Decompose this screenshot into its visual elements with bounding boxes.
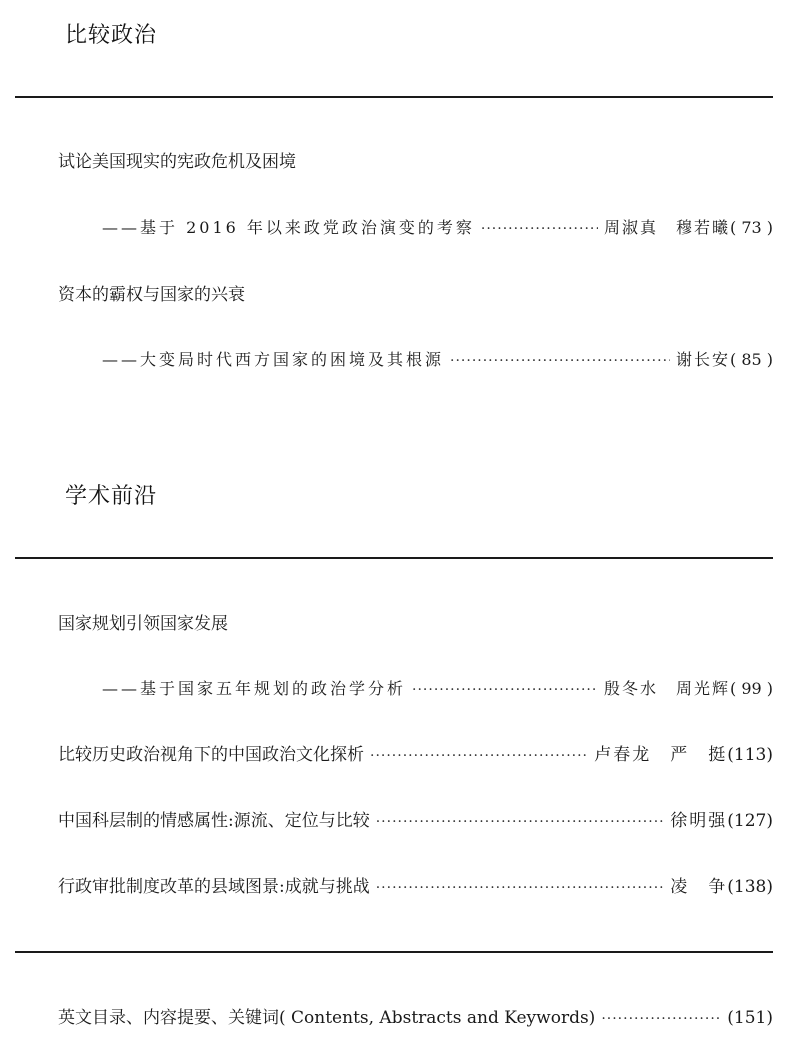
entry-authors: 殷冬水 周光辉 bbox=[604, 677, 730, 701]
entry-page: (151) bbox=[727, 1006, 773, 1030]
entry-authors: 徐明强 bbox=[670, 809, 727, 833]
dot-leader bbox=[450, 349, 670, 373]
entry-title: 试论美国现实的宪政危机及困境 bbox=[58, 150, 296, 174]
dot-leader bbox=[481, 217, 598, 241]
entry-title: 比较历史政治视角下的中国政治文化探析 bbox=[58, 743, 364, 767]
toc-entry-title[interactable]: 试论美国现实的宪政危机及困境 bbox=[58, 150, 773, 174]
entry-page: ( 99 ) bbox=[730, 677, 773, 701]
toc-entry[interactable]: 行政审批制度改革的县域图景:成就与挑战 凌 争 (138) bbox=[58, 875, 773, 899]
entry-title: 国家规划引领国家发展 bbox=[58, 612, 228, 636]
dot-leader bbox=[412, 678, 598, 702]
entry-authors: 谢长安 bbox=[676, 348, 730, 372]
entry-authors: 周淑真 穆若曦 bbox=[604, 216, 730, 240]
entry-title: 英文目录、内容提要、关键词( Contents, Abstracts and K… bbox=[58, 1006, 595, 1030]
toc-entry-appendix[interactable]: 英文目录、内容提要、关键词( Contents, Abstracts and K… bbox=[58, 1006, 773, 1030]
entry-page: (138) bbox=[727, 875, 773, 899]
dot-leader bbox=[370, 744, 588, 768]
toc-entry-title[interactable]: 国家规划引领国家发展 bbox=[58, 612, 773, 636]
dot-leader bbox=[376, 810, 665, 834]
toc-entry-subtitle-line[interactable]: ——基于国家五年规划的政治学分析 殷冬水 周光辉 ( 99 ) bbox=[102, 677, 773, 701]
toc-entry-title[interactable]: 资本的霸权与国家的兴衰 bbox=[58, 283, 773, 307]
entry-title: 资本的霸权与国家的兴衰 bbox=[58, 283, 245, 307]
entry-page: (127) bbox=[727, 809, 773, 833]
section-divider bbox=[15, 96, 773, 98]
section-title-academic-frontier: 学术前沿 bbox=[65, 479, 157, 510]
entry-title: 中国科层制的情感属性:源流、定位与比较 bbox=[58, 809, 370, 833]
dot-leader bbox=[601, 1007, 721, 1031]
entry-subtitle: ——基于 2016 年以来政党政治演变的考察 bbox=[102, 216, 475, 240]
toc-entry-subtitle-line[interactable]: ——大变局时代西方国家的困境及其根源 谢长安 ( 85 ) bbox=[102, 348, 773, 372]
dot-leader bbox=[376, 876, 665, 900]
toc-entry-subtitle-line[interactable]: ——基于 2016 年以来政党政治演变的考察 周淑真 穆若曦 ( 73 ) bbox=[102, 216, 773, 240]
entry-subtitle: ——大变局时代西方国家的困境及其根源 bbox=[102, 348, 444, 372]
toc-entry[interactable]: 比较历史政治视角下的中国政治文化探析 卢春龙 严 挺 (113) bbox=[58, 743, 773, 767]
section-divider bbox=[15, 951, 773, 953]
entry-page: (113) bbox=[727, 743, 773, 767]
entry-page: ( 73 ) bbox=[730, 216, 773, 240]
toc-entry[interactable]: 中国科层制的情感属性:源流、定位与比较 徐明强 (127) bbox=[58, 809, 773, 833]
entry-page: ( 85 ) bbox=[730, 348, 773, 372]
section-divider bbox=[15, 557, 773, 559]
entry-title: 行政审批制度改革的县域图景:成就与挑战 bbox=[58, 875, 370, 899]
entry-authors: 凌 争 bbox=[670, 875, 727, 899]
entry-subtitle: ——基于国家五年规划的政治学分析 bbox=[102, 677, 406, 701]
entry-authors: 卢春龙 严 挺 bbox=[594, 743, 727, 767]
section-title-comparative-politics: 比较政治 bbox=[65, 18, 157, 49]
